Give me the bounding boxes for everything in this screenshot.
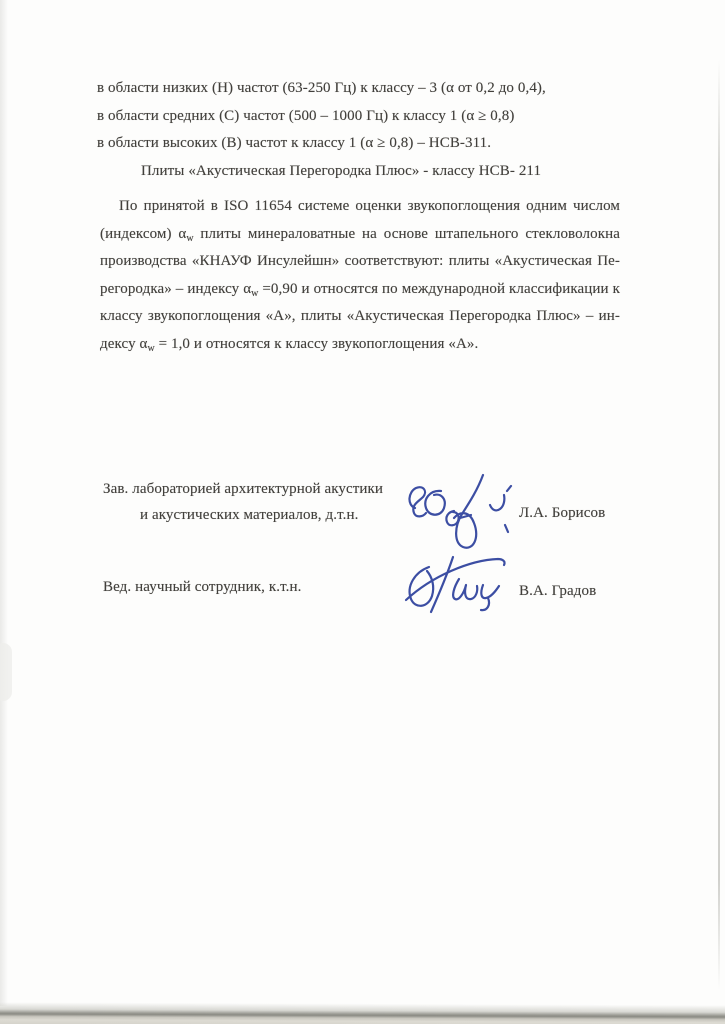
frequency-class-list: в области низких (Н) частот (63-250 Гц) … xyxy=(97,75,657,185)
paragraph-line: классу звукопоглощения «А», плиты «Акуст… xyxy=(100,303,620,331)
alpha-w-subscript: w xyxy=(186,233,193,244)
paragraph-text-segment: = 1,0 и относятся к классу звукопоглощен… xyxy=(155,336,479,352)
document-page: в области низких (Н) частот (63-250 Гц) … xyxy=(0,0,725,1024)
paragraph-line: производства «КНАУФ Инсулейшн» соответст… xyxy=(100,248,620,276)
paragraph-text-segment: дексу α xyxy=(100,336,147,352)
signatory1-role-line2: и акустических материалов, д.т.н. xyxy=(140,505,358,525)
intro-line-low-frequencies: в области низких (Н) частот (63-250 Гц) … xyxy=(97,75,657,103)
gradov-signature-ink xyxy=(398,548,513,618)
paragraph-line: регородка» – индексу αw =0,90 и относятс… xyxy=(100,276,620,304)
scan-bottom-page-edge xyxy=(0,1002,725,1024)
paragraph-line: По принятой в ISO 11654 системе оценки з… xyxy=(100,193,620,221)
paragraph-text-segment: =0,90 и относятся по международной класс… xyxy=(258,281,620,297)
alpha-w-subscript: w xyxy=(147,343,154,354)
scan-smudge xyxy=(0,643,12,701)
signatory2-name: В.А. Градов xyxy=(519,581,596,601)
iso-11654-paragraph: По принятой в ISO 11654 системе оценки з… xyxy=(100,193,620,358)
intro-line-mid-frequencies: в области средних (С) частот (500 – 1000… xyxy=(97,103,657,131)
signatory2-role: Вед. научный сотрудник, к.т.н. xyxy=(103,577,301,597)
intro-line-high-frequencies: в области высоких (В) частот к классу 1 … xyxy=(97,130,657,158)
paragraph-line: дексу αw = 1,0 и относятся к классу звук… xyxy=(100,331,620,359)
paragraph-line: (индексом) αw плиты минераловатные на ос… xyxy=(100,221,620,249)
paragraph-text-segment: плиты минераловатные на основе штапельно… xyxy=(194,226,620,242)
paragraph-text-segment: регородка» – индексу α xyxy=(100,281,251,297)
intro-line-partition-plus: Плиты «Акустическая Перегородка Плюс» - … xyxy=(97,158,657,186)
signatory1-role-line1: Зав. лабораторией архитектурной акустики xyxy=(103,479,383,499)
signatory1-name: Л.А. Борисов xyxy=(519,503,605,523)
paragraph-text-segment: (индексом) α xyxy=(100,226,186,242)
scan-left-edge-shadow xyxy=(0,0,8,1006)
scan-right-edge-line xyxy=(718,60,720,990)
